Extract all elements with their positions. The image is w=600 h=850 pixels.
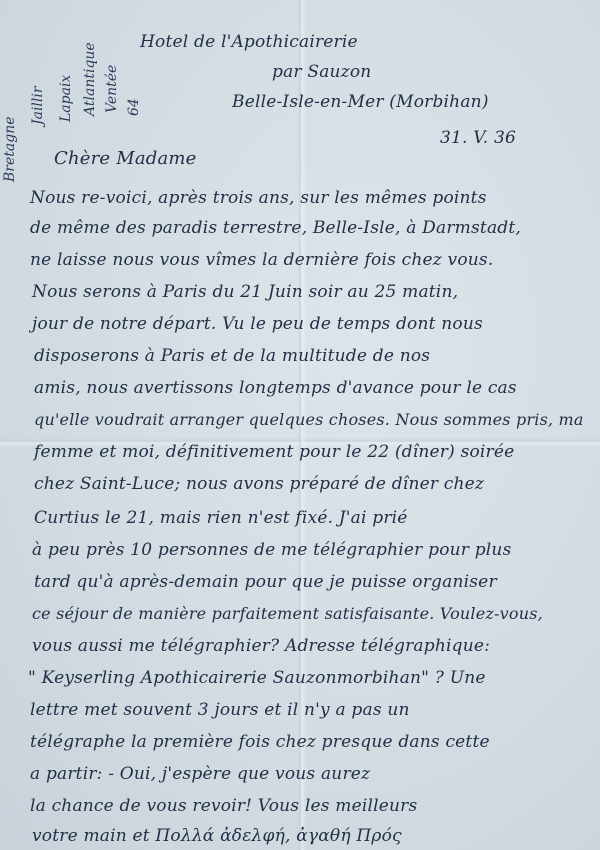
margin-note: Lapaix xyxy=(58,12,74,122)
body-text: " Keyserling Apothicairerie Sauzonmorbih… xyxy=(28,668,486,688)
body-line: la chance de vous revoir! Vous les meill… xyxy=(30,796,417,816)
body-line: Nous re-voici, après trois ans, sur les … xyxy=(30,188,487,208)
body-text: ce séjour de manière parfaitement satisf… xyxy=(32,604,543,623)
body-text: Nous re-voici, après trois ans, sur les … xyxy=(30,188,487,208)
body-text: votre main et Πολλά ἀδελφή, ἀγαθή Πρός xyxy=(32,826,402,846)
body-text: vous aussi me télégraphier? Adresse télé… xyxy=(32,636,490,656)
body-text: a partir: - Oui, j'espère que vous aurez xyxy=(30,764,370,784)
body-text: amis, nous avertissons longtemps d'avanc… xyxy=(34,378,517,398)
body-text: Curtius le 21, mais rien n'est fixé. J'a… xyxy=(34,508,408,528)
body-line: de même des paradis terrestre, Belle-Isl… xyxy=(30,218,521,238)
body-line: " Keyserling Apothicairerie Sauzonmorbih… xyxy=(28,668,486,688)
body-line: tard qu'à après-demain pour que je puiss… xyxy=(34,572,497,592)
body-line: chez Saint-Luce; nous avons préparé de d… xyxy=(34,474,484,494)
body-line: amis, nous avertissons longtemps d'avanc… xyxy=(34,378,517,398)
letter-page: Bretagne Jaillir Lapaix Atlantique Venté… xyxy=(0,0,600,850)
margin-note: Atlantique xyxy=(82,36,98,116)
body-text: lettre met souvent 3 jours et il n'y a p… xyxy=(30,700,410,720)
body-line: jour de notre départ. Vu le peu de temps… xyxy=(32,314,483,334)
body-line: Nous serons à Paris du 21 Juin soir au 2… xyxy=(32,282,458,302)
body-line: ne laisse nous vous vîmes la dernière fo… xyxy=(30,250,493,270)
body-text: à peu près 10 personnes de me télégraphi… xyxy=(32,540,512,560)
body-text: télégraphe la première fois chez presque… xyxy=(30,732,490,752)
body-line: lettre met souvent 3 jours et il n'y a p… xyxy=(30,700,410,720)
body-line: télégraphe la première fois chez presque… xyxy=(30,732,490,752)
body-text: chez Saint-Luce; nous avons préparé de d… xyxy=(34,474,484,494)
margin-note: Bretagne xyxy=(2,92,18,182)
body-text: tard qu'à après-demain pour que je puiss… xyxy=(34,572,497,592)
margin-note: Ventée xyxy=(104,28,120,113)
body-line: ce séjour de manière parfaitement satisf… xyxy=(32,604,543,623)
body-text: ne laisse nous vous vîmes la dernière fo… xyxy=(30,250,493,270)
body-text: qu'elle voudrait arranger quelques chose… xyxy=(34,410,584,429)
letterhead-via: par Sauzon xyxy=(272,62,371,82)
body-line: qu'elle voudrait arranger quelques chose… xyxy=(34,410,584,429)
body-line: femme et moi, définitivement pour le 22 … xyxy=(34,442,514,462)
body-text: disposerons à Paris et de la multitude d… xyxy=(34,346,430,366)
body-line: disposerons à Paris et de la multitude d… xyxy=(34,346,430,366)
body-text: femme et moi, définitivement pour le 22 … xyxy=(34,442,514,462)
body-line: a partir: - Oui, j'espère que vous aurez xyxy=(30,764,370,784)
margin-note: Jaillir xyxy=(30,30,46,125)
letterhead-location: Belle-Isle-en-Mer (Morbihan) xyxy=(232,92,489,112)
body-line: Curtius le 21, mais rien n'est fixé. J'a… xyxy=(34,508,408,528)
body-text: Nous serons à Paris du 21 Juin soir au 2… xyxy=(32,282,458,302)
body-text: de même des paradis terrestre, Belle-Isl… xyxy=(30,218,521,238)
letterhead-hotel: Hotel de l'Apothicairerie xyxy=(140,32,358,52)
salutation: Chère Madame xyxy=(54,148,197,169)
letter-date: 31. V. 36 xyxy=(440,128,516,148)
body-text: la chance de vous revoir! Vous les meill… xyxy=(30,796,417,816)
body-line: vous aussi me télégraphier? Adresse télé… xyxy=(32,636,490,656)
margin-note: 64 xyxy=(126,92,142,116)
body-text: jour de notre départ. Vu le peu de temps… xyxy=(32,314,483,334)
body-line: votre main et Πολλά ἀδελφή, ἀγαθή Πρός xyxy=(32,826,402,846)
body-line: à peu près 10 personnes de me télégraphi… xyxy=(32,540,512,560)
